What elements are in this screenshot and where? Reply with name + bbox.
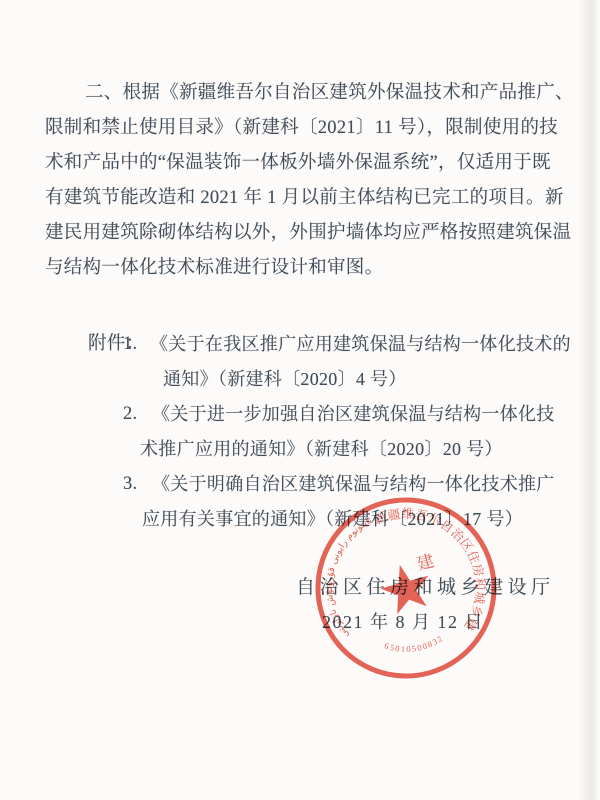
- signature-organization: 自治区住房和城乡建设厅: [296, 577, 555, 599]
- signature-date: 2021 年 8 月 12 日: [322, 611, 484, 633]
- paragraph-line: 术和产品中的“保温装饰一体板外墙外保温系统”，仅适用于既: [45, 152, 551, 174]
- attachment-3-title-line-1: 《关于明确自治区建筑保温与结构一体化技术推广: [152, 473, 555, 495]
- attachment-2-title-line-2: 术推广应用的通知》（新建科〔2020〕20 号）: [140, 438, 503, 460]
- attachment-1-number: 1.: [123, 333, 137, 355]
- attachment-2-title-line-1: 《关于进一步加强自治区建筑保温与结构一体化技: [152, 403, 555, 425]
- paragraph-line: 建民用建筑除砌体结构以外，外围护墙体均应严格按照建筑保温: [45, 222, 571, 244]
- paragraph-line: 二、根据《新疆维吾尔自治区建筑外保温技术和产品推广、: [85, 82, 574, 104]
- scanned-document-page: 二、根据《新疆维吾尔自治区建筑外保温技术和产品推广、 限制和禁止使用目录》（新建…: [0, 0, 600, 800]
- attachment-1-title-line-1: 《关于在我区推广应用建筑保温与结构一体化技术的: [150, 333, 571, 355]
- attachment-3-title-line-2: 应用有关事宜的通知》（新建科〔2021〕17 号）: [142, 508, 523, 530]
- attachment-1-title-line-2: 通知》（新建科〔2020〕4 号）: [163, 368, 407, 390]
- seal-center-character: 建: [415, 551, 436, 574]
- paragraph-line: 有建筑节能改造和 2021 年 1 月以前主体结构已完工的项目。新: [45, 187, 564, 209]
- attachment-2-number: 2.: [123, 403, 137, 425]
- paragraph-line: 与结构一体化技术标准进行设计和审图。: [45, 257, 383, 279]
- paragraph-line: 限制和禁止使用目录》（新建科〔2021〕11 号），限制使用的技: [45, 117, 558, 139]
- scan-edge-shadow: [578, 0, 600, 800]
- attachment-3-number: 3.: [123, 473, 137, 495]
